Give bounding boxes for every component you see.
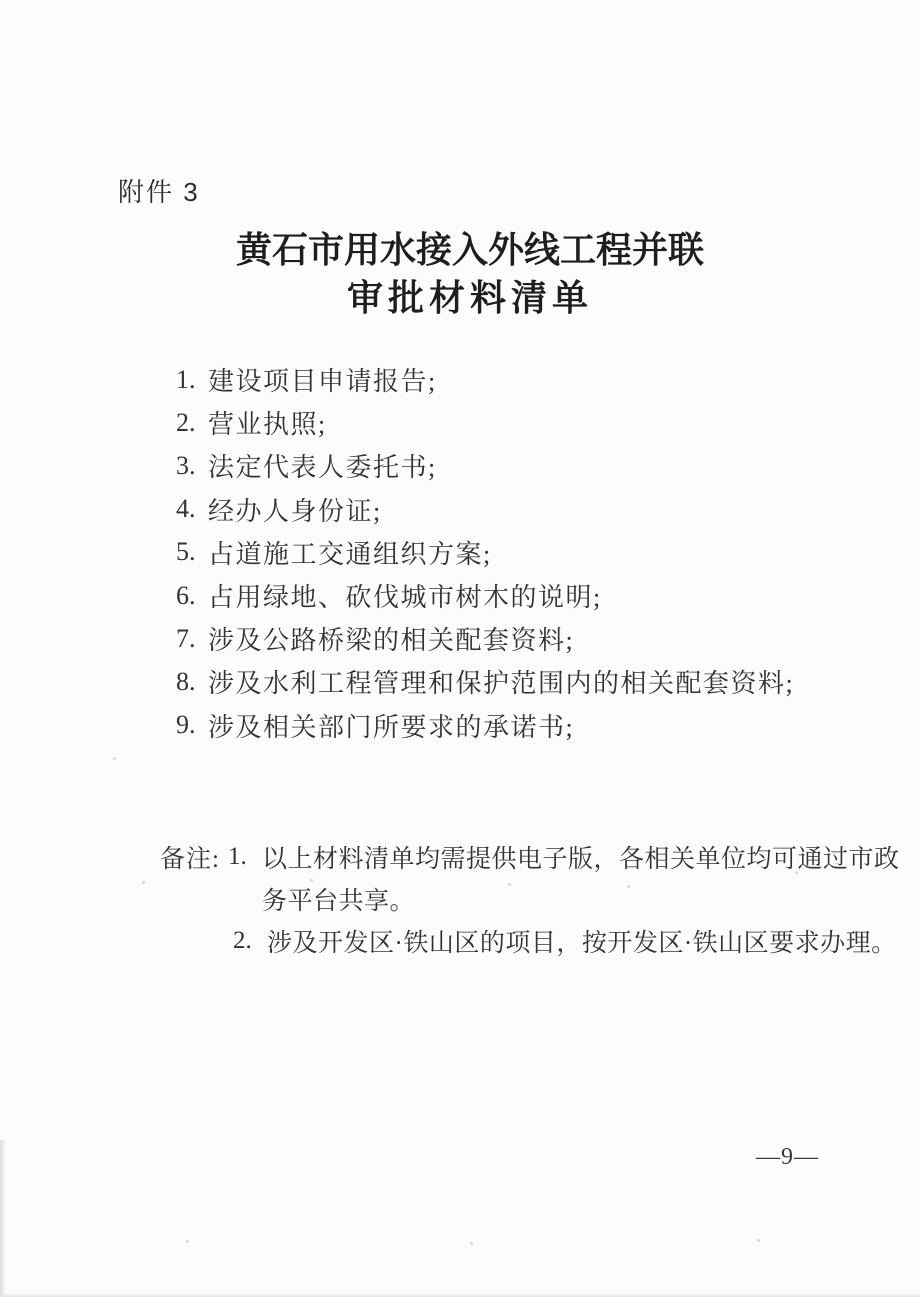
note-row: 2. 涉及开发区·铁山区的项目，按开发区·铁山区要求办理。 [160,920,900,962]
note-row: 备注: 1. 以上材料清单均需提供电子版，各相关单位均可通过市政 [160,836,900,878]
list-item-number: 6. [176,581,208,611]
list-item: 2. 营业执照; [176,401,794,444]
note-text: 以上材料清单均需提供电子版，各相关单位均可通过市政 [262,839,900,875]
scan-edge-left [0,1140,6,1297]
list-item-text: 涉及公路桥梁的相关配套资料; [208,620,574,657]
list-item-text: 法定代表人委托书; [208,447,437,484]
page-number: —9— [756,1144,819,1171]
scan-speckle [113,757,116,760]
list-item-text: 涉及水利工程管理和保护范围内的相关配套资料; [208,663,794,700]
scanned-document-page: 附件 3 黄石市用水接入外线工程并联 审批材料清单 1. 建设项目申请报告; 2… [0,0,920,1297]
list-item: 8. 涉及水利工程管理和保护范围内的相关配套资料; [176,660,794,703]
list-item: 1. 建设项目申请报告; [176,358,794,401]
document-title-line2: 审批材料清单 [20,274,920,322]
list-item-text: 营业执照; [208,404,327,441]
list-item-number: 9. [176,710,208,740]
note-number: 1. [228,843,262,871]
list-item-text: 占用绿地、砍伐城市树木的说明; [208,577,602,614]
list-item-number: 4. [176,494,208,524]
note-number: 2. [233,927,267,955]
list-item-number: 3. [176,451,208,481]
list-item: 5. 占道施工交通组织方案; [176,531,794,574]
list-item-text: 经办人身份证; [208,491,382,528]
document-title-line1: 黄石市用水接入外线工程并联 [20,226,920,274]
notes-section: 备注: 1. 以上材料清单均需提供电子版，各相关单位均可通过市政 务平台共享。 … [160,836,900,962]
list-item-number: 8. [176,667,208,697]
list-item: 4. 经办人身份证; [176,488,794,531]
scan-speckle [186,1240,189,1243]
note-text: 务平台共享。 [262,881,415,917]
note-row-continuation: 务平台共享。 [160,878,900,920]
list-item-number: 7. [176,624,208,654]
list-item-number: 2. [176,408,208,438]
scan-speckle [142,881,145,884]
list-item: 6. 占用绿地、砍伐城市树木的说明; [176,574,794,617]
scan-speckle [757,1239,760,1242]
list-item: 3. 法定代表人委托书; [176,444,794,487]
scan-speckle [470,1242,473,1245]
list-item-text: 占道施工交通组织方案; [208,534,492,571]
materials-list: 1. 建设项目申请报告; 2. 营业执照; 3. 法定代表人委托书; 4. 经办… [176,358,794,747]
scan-edge-bottom [0,1293,920,1297]
list-item-number: 1. [176,365,208,395]
attachment-label: 附件 3 [118,172,200,209]
notes-label: 备注: [160,839,228,875]
note-text: 涉及开发区·铁山区的项目，按开发区·铁山区要求办理。 [267,923,897,959]
list-item-number: 5. [176,537,208,567]
list-item: 9. 涉及相关部门所要求的承诺书; [176,704,794,747]
list-item: 7. 涉及公路桥梁的相关配套资料; [176,617,794,660]
document-title: 黄石市用水接入外线工程并联 审批材料清单 [20,226,920,322]
list-item-text: 涉及相关部门所要求的承诺书; [208,707,574,744]
list-item-text: 建设项目申请报告; [208,361,437,398]
